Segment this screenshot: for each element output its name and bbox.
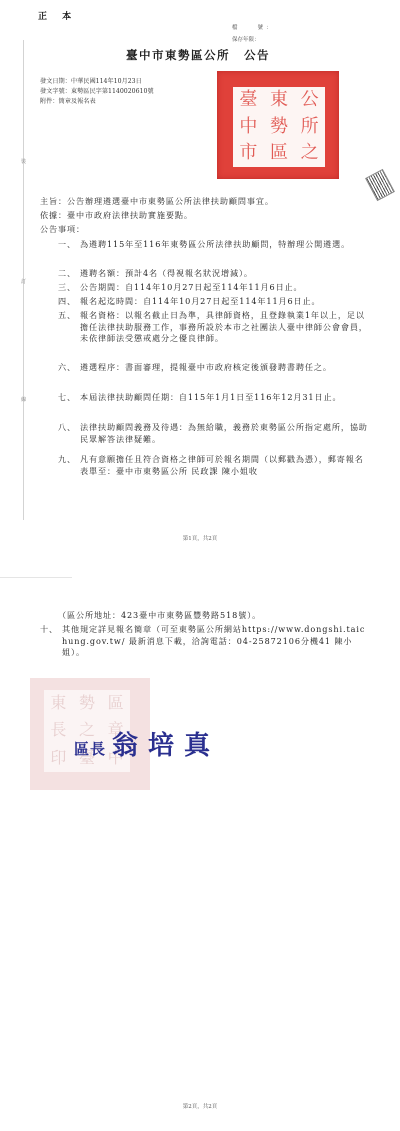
item-text: 遴選程序：書面審理，提報臺中市政府核定後頒發聘書聘任之。	[80, 362, 368, 374]
seal-char: 勢	[73, 690, 102, 717]
title-organization: 臺中市東勢區公所	[126, 48, 230, 62]
item-number: 九、	[58, 454, 76, 466]
seal-char: 長	[44, 717, 73, 744]
items-heading: 公告事項：	[40, 224, 85, 236]
subject-line: 主旨：公告辦理遴選臺中市東勢區公所法律扶助顧問事宜。	[40, 196, 274, 208]
item-9-continued: （區公所地址：423臺中市東勢區豐勢路518號）。	[58, 610, 368, 622]
page-1-footer: 第1頁，共2頁	[0, 534, 400, 542]
item-number: 四、	[58, 296, 76, 308]
announcement-item: 五、 報名資格：以報名截止日為準，具律師資格，且登錄執業1年以上，足以擔任法律扶…	[58, 310, 368, 345]
issue-date: 發文日期：中華民國114年10月23日	[40, 76, 142, 85]
announcement-item: 七、 本屆法律扶助顧問任期：自115年1月1日至116年12月31日止。	[58, 392, 368, 404]
page-2-footer: 第2頁，共2頁	[0, 1102, 400, 1110]
item-text: 公告期間：自114年10月27日起至114年11月6日止。	[80, 282, 368, 294]
item-number: 一、	[58, 239, 76, 251]
seal-char: 中	[233, 114, 264, 141]
item-text: 遴聘名額：預計4名（得視報名狀況增減）。	[80, 268, 368, 280]
item-number: 十、	[40, 624, 58, 636]
signature-block: 區長翁培真	[74, 725, 220, 762]
page-divider	[0, 577, 72, 578]
document-title: 臺中市東勢區公所公告	[0, 47, 400, 63]
seal-char: 東	[44, 690, 73, 717]
seal-inscription: 臺 東 公 中 勢 所 市 區 之	[233, 87, 325, 167]
binding-char: 裝	[21, 158, 26, 165]
seal-char: 公	[294, 87, 325, 114]
seal-char: 印	[44, 745, 73, 772]
announcement-item: 六、 遴選程序：書面審理，提報臺中市政府核定後頒發聘書聘任之。	[58, 362, 368, 374]
seal-char: 勢	[264, 114, 295, 141]
signature-name: 翁培真	[112, 731, 220, 761]
item-number: 八、	[58, 422, 76, 434]
item-text: 凡有意願擔任且符合資格之律師可於報名期間（以郵戳為憑），郵寄報名表單至：臺中市東…	[80, 454, 368, 477]
item-text: 其他規定詳見報名簡章（可至東勢區公所網站https://www.dongshi.…	[62, 624, 366, 659]
attachment-note: 附件：簡章及報名表	[40, 96, 96, 105]
retention-period-label: 保存年限：	[232, 35, 260, 43]
seal-char: 東	[264, 87, 295, 114]
seal-char: 市	[233, 140, 264, 167]
item-text: 本屆法律扶助顧問任期：自115年1月1日至116年12月31日止。	[80, 392, 368, 404]
announcement-item: 三、 公告期間：自114年10月27日起至114年11月6日止。	[58, 282, 368, 294]
item-text: 法律扶助顧問義務及待遇：為無給職，義務於東勢區公所指定處所，協助民眾解答法律疑難…	[80, 422, 368, 445]
item-number: 六、	[58, 362, 76, 374]
barcode-sticker-icon	[365, 169, 395, 201]
announcement-item: 四、 報名起迄時間：自114年10月27日起至114年11月6日止。	[58, 296, 368, 308]
announcement-item-10: 十、 其他規定詳見報名簡章（可至東勢區公所網站https://www.dongs…	[40, 624, 366, 659]
item-text: 為遴聘115年至116年東勢區公所法律扶助顧問，特辦理公開遴選。	[80, 239, 368, 251]
announcement-item: 二、 遴聘名額：預計4名（得視報名狀況增減）。	[58, 268, 368, 280]
seal-char: 所	[294, 114, 325, 141]
seal-char: 區	[264, 140, 295, 167]
binding-char: 訂	[21, 278, 26, 285]
item-number: 七、	[58, 392, 76, 404]
title-type: 公告	[244, 48, 270, 62]
announcement-item: 九、 凡有意願擔任且符合資格之律師可於報名期間（以郵戳為憑），郵寄報名表單至：臺…	[58, 454, 368, 477]
item-number: 三、	[58, 282, 76, 294]
announcement-item: 八、 法律扶助顧問義務及待遇：為無給職，義務於東勢區公所指定處所，協助民眾解答法…	[58, 422, 368, 445]
basis-line: 依據：臺中市政府法律扶助實施要點。	[40, 210, 193, 222]
document-number: 發文字號：東勢區民字第1140020610號	[40, 86, 154, 95]
announcement-item: 一、 為遴聘115年至116年東勢區公所法律扶助顧問，特辦理公開遴選。	[58, 239, 368, 251]
seal-char: 區	[101, 690, 130, 717]
signature-title: 區長	[74, 740, 106, 758]
item-number: 二、	[58, 268, 76, 280]
original-copy-mark: 正 本	[38, 9, 77, 22]
seal-char: 之	[294, 140, 325, 167]
item-number: 五、	[58, 310, 76, 322]
item-text: 報名起迄時間：自114年10月27日起至114年11月6日止。	[80, 296, 368, 308]
file-number-label: 檔 號：	[232, 23, 275, 31]
binding-char: 線	[21, 396, 26, 403]
official-seal-stamp: 臺 東 公 中 勢 所 市 區 之	[217, 71, 339, 179]
seal-char: 臺	[233, 87, 264, 114]
announcement-body: 主旨：公告辦理遴選臺中市東勢區公所法律扶助顧問事宜。 依據：臺中市政府法律扶助實…	[40, 196, 366, 536]
item-text: 報名資格：以報名截止日為準，具律師資格，且登錄執業1年以上，足以擔任法律扶助服務…	[80, 310, 368, 345]
